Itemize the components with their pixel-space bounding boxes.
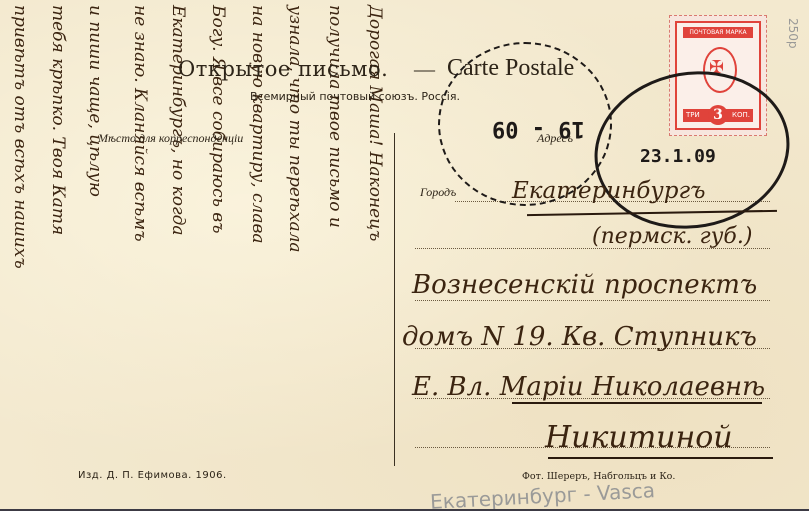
postmark-right-date: 23.1.09 [640,146,716,167]
postmark-center-date: 19 - 09 [492,116,585,141]
postcard-back: Дорогая Маша! Наконецъ получила твое пис… [0,0,809,510]
address-city-note: (пермск. губ.) [592,224,752,249]
message-line: Екатеринбургъ, но когда [168,5,188,235]
message-line: Богу. Я все собираюсь въ [208,5,228,233]
address-line-4: Никитиной [545,420,733,455]
message-line: Дорогая Маша! Наконецъ [365,5,385,241]
pencil-price-note: 250р [786,18,800,49]
postal-union-subtitle: Всемирный почтовый союзъ. Россія. [250,90,460,103]
title-dash: — [414,57,435,82]
stamp-top-label: ПОЧТОВАЯ МАРКА [683,27,753,38]
message-line: и пиши чаще, цѣлую [85,5,105,197]
message-line: узнала, что ты переѣхала [285,5,305,253]
message-line: не знаю. Кланяйся всѣмъ [130,5,150,242]
address-city: Екатеринбургъ [512,178,705,204]
scan-edge [0,509,809,511]
surname-underline [548,457,773,459]
correspondence-label: Мѣсто для корреспонденціи [98,131,243,146]
message-line: получила твое письмо и [325,5,345,228]
pencil-location-note: Екатеринбург - Vasca [430,478,656,510]
message-line: на новую квартиру, слава [248,5,268,244]
message-line: тебя крѣпко. Твоя Катя [48,5,68,235]
title-russian: Открытое письмо. [178,57,388,81]
city-label: Городъ [420,185,456,200]
message-line: привѣтъ отъ всѣхъ нашихъ [10,5,30,269]
center-divider [394,133,395,466]
name-underline [512,402,762,404]
address-line-1: Вознесенскій проспектъ [412,270,757,300]
address-line-2: домъ N 19. Кв. Ступникъ [402,322,757,352]
address-line-3: Е. Вл. Маріи Николаевнѣ [412,372,765,402]
address-dotted-line [415,300,770,301]
publisher-credit: Изд. Д. П. Ефимова. 1906. [78,470,227,481]
